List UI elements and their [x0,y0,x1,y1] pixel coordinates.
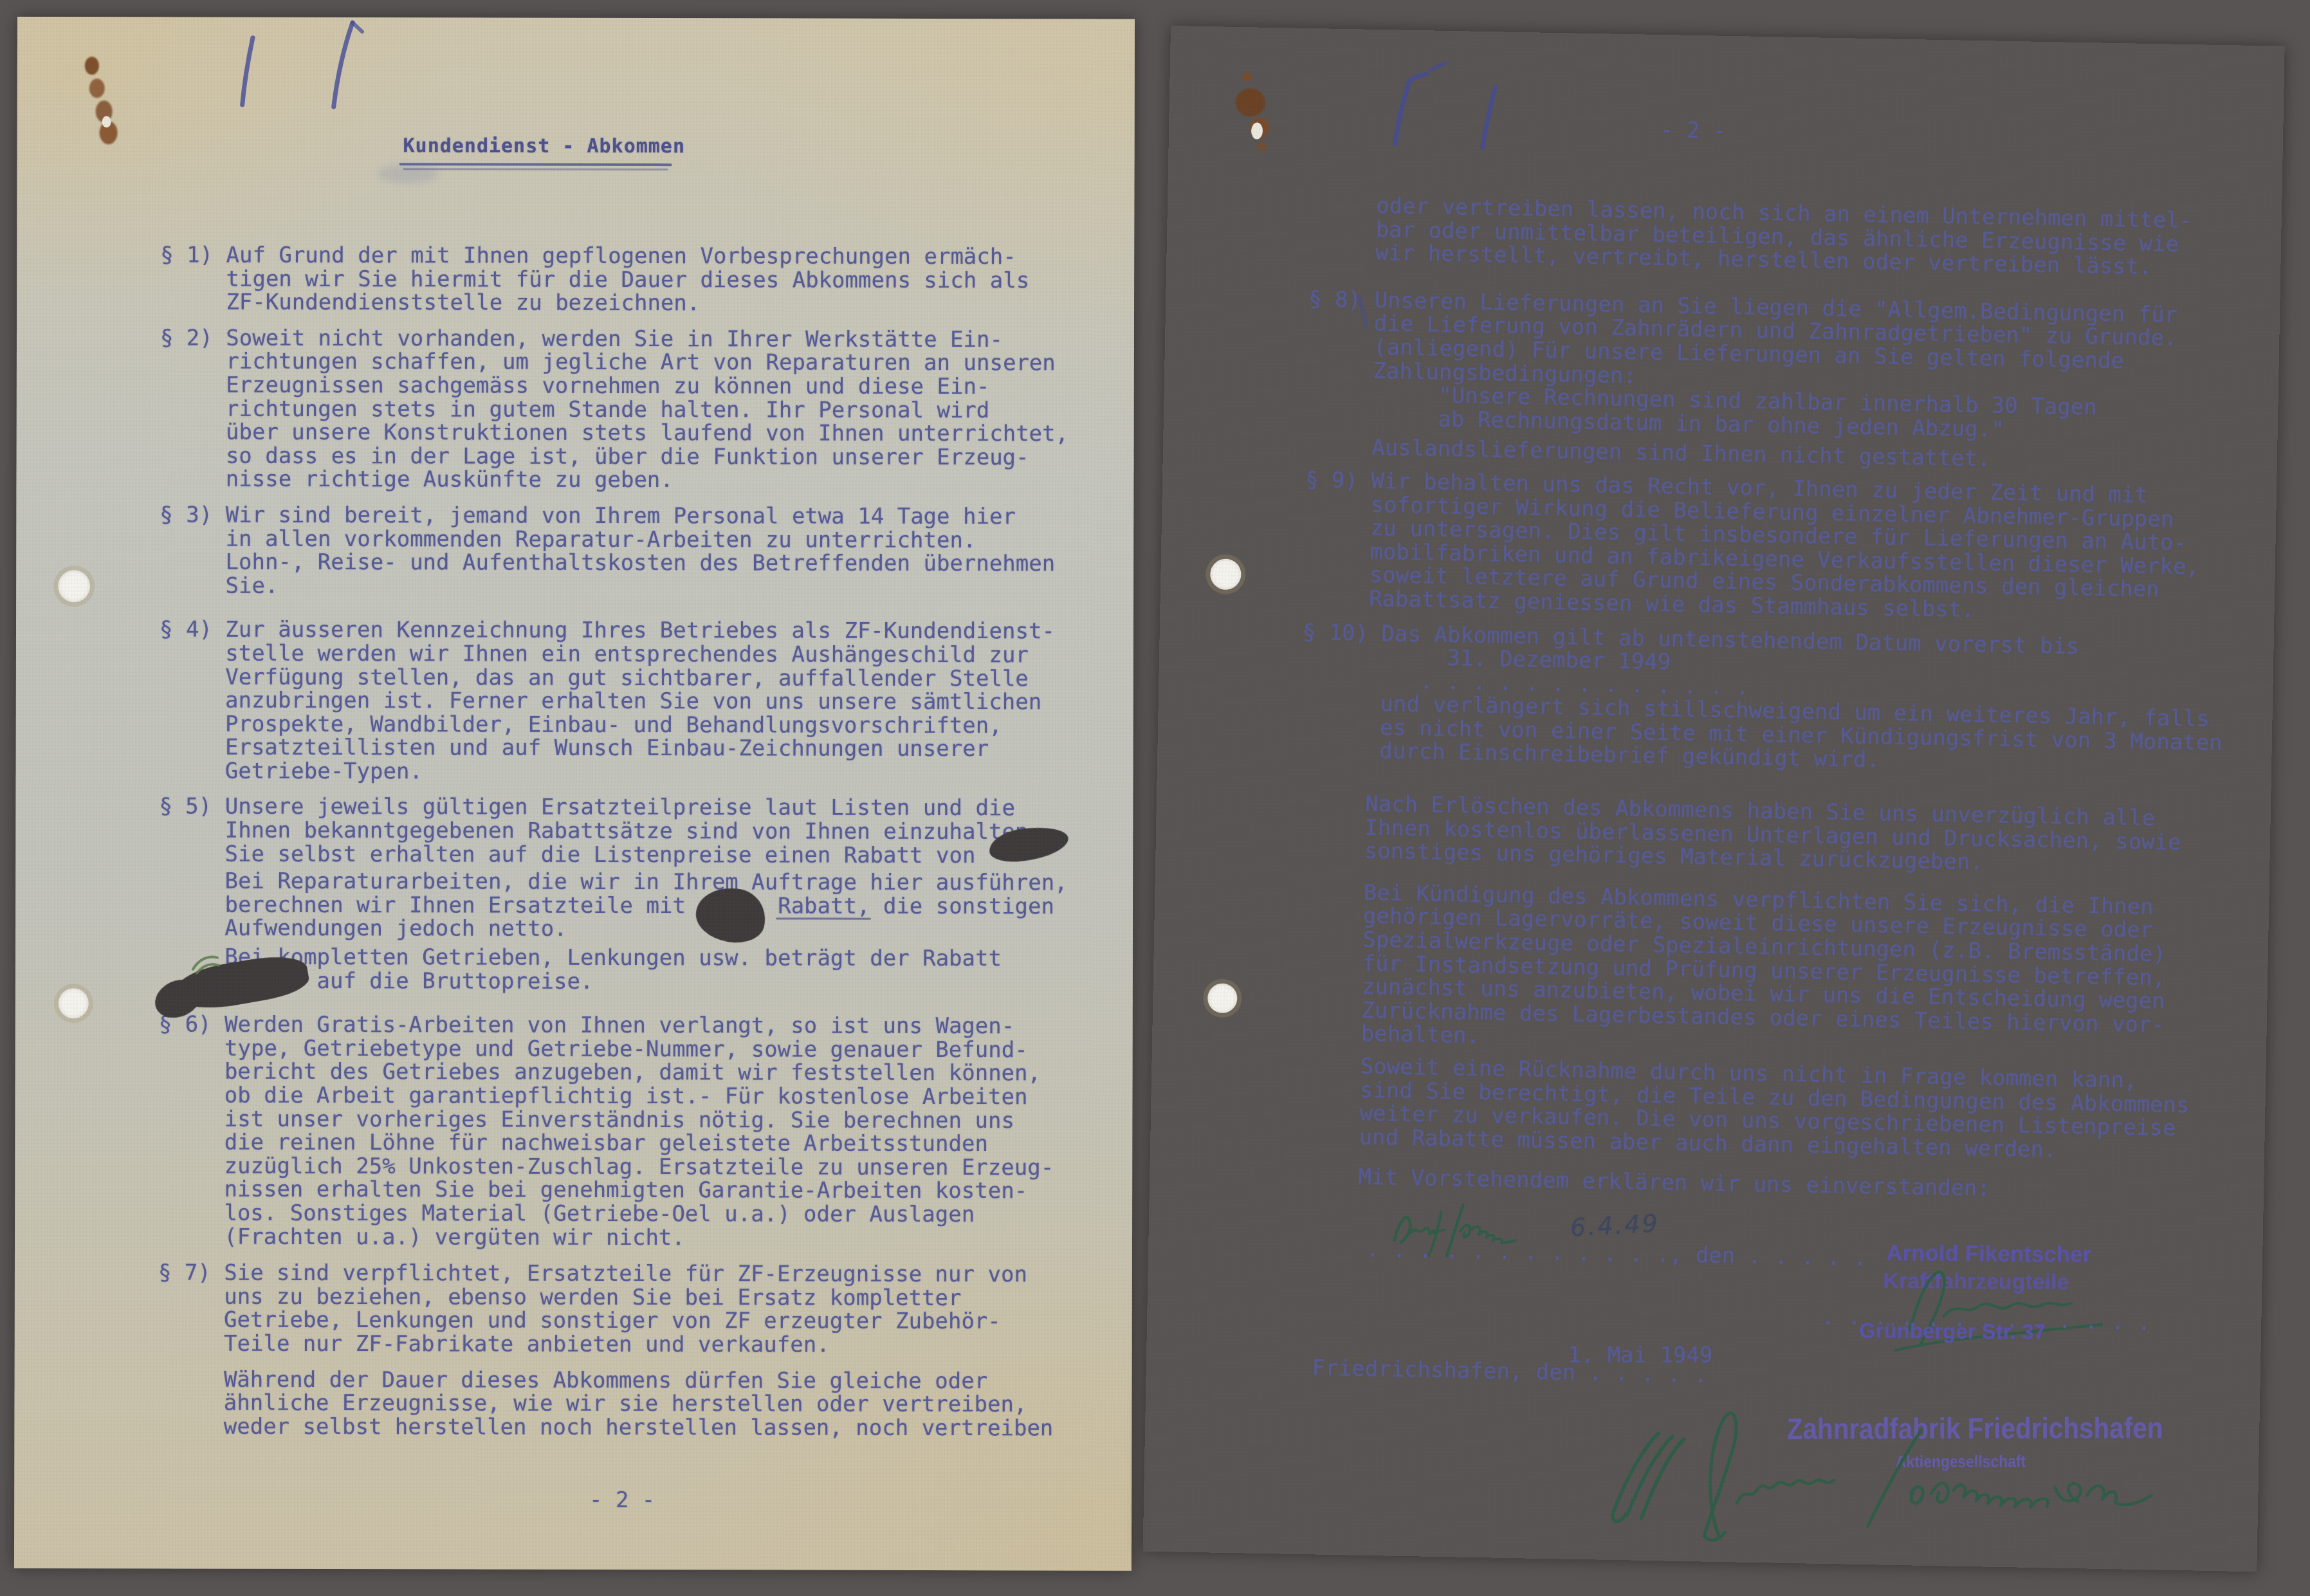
punch-hole [59,988,89,1018]
paragraph-agreement: Mit Vorstehendem erklären wir uns einver… [1292,1164,2232,1205]
paragraph-s5: § 5) Unsere jeweils gültigen Ersatzteilp… [159,795,1111,868]
punch-hole [1210,558,1242,590]
ink-smudge [377,164,438,183]
paragraph-s1: § 1) Auf Grund der mit Ihnen gepflogenen… [160,243,1112,316]
paragraph-s7b: Während der Dauer dieses Abkommens dürfe… [158,1368,1110,1440]
closing-place-line: Friedrichshafen, den . . . . . [1312,1356,1707,1387]
left-page-text: § 1) Auf Grund der mit Ihnen gepflogenen… [158,243,1112,1440]
paragraph-s4: § 4) Zur äusseren Kennzeichnung Ihres Be… [160,618,1112,785]
paragraph-s2: § 2) Soweit nicht vorhanden, werden Sie … [160,326,1112,493]
director-signature [1593,1402,2200,1568]
paragraph-s5b: Bei Reparaturarbeiten, die wir in Ihrem … [159,870,1111,942]
paragraph-termination: Bei Kündigung des Abkommens verpflichten… [1295,880,2237,1062]
paragraph-continuation: oder vertreiben lassen, noch sich an ein… [1309,193,2250,281]
handwritten-date: 6.4.49 [1570,1209,1660,1242]
paragraph-return-materials: Nach Erlöschen des Abkommens haben Sie u… [1298,791,2239,879]
punch-hole [1207,983,1238,1013]
left-page: Kundendienst - Abkommen § 1) Auf Grund d… [14,17,1135,1571]
stamp-fikentscher-street: Grünberger Str. 37 [1859,1318,2046,1344]
punch-hole [58,570,90,602]
paragraph-s7: § 7) Sie sind verpflichtet, Ersatzteile … [158,1261,1110,1357]
green-mark [190,951,229,977]
page-title: Kundendienst - Abkommen [403,134,685,158]
page-number: - 2 - [1629,118,1758,143]
right-page: - 2 - oder vertreiben lassen, noch sich … [1143,26,2285,1572]
paragraph-s10: § 10) Das Abkommen gilt ab untenstehende… [1300,620,2242,778]
right-page-text: oder vertreiben lassen, noch sich an ein… [1292,193,2250,1205]
page-number: - 2 - [558,1489,686,1512]
scanned-document: { "colors": { "typewriter_ink": "#555a97… [0,0,2310,1596]
paragraph-s9: § 9) Wir behalten uns das Recht vor, Ihn… [1303,468,2244,627]
paragraph-s3: § 3) Wir sind bereit, jemand von Ihrem P… [160,503,1112,599]
rabatt-underline [776,917,871,919]
paragraph-resale: Soweit eine Rücknahme durch uns nicht in… [1293,1054,2233,1165]
paragraph-s8: § 8) Unseren Lieferungen an Sie liegen d… [1307,288,2248,399]
paragraph-s6: § 6) Werden Gratis-Arbeiten von Ihnen ve… [158,1013,1111,1251]
handwritten-place-signature [1388,1200,1524,1267]
